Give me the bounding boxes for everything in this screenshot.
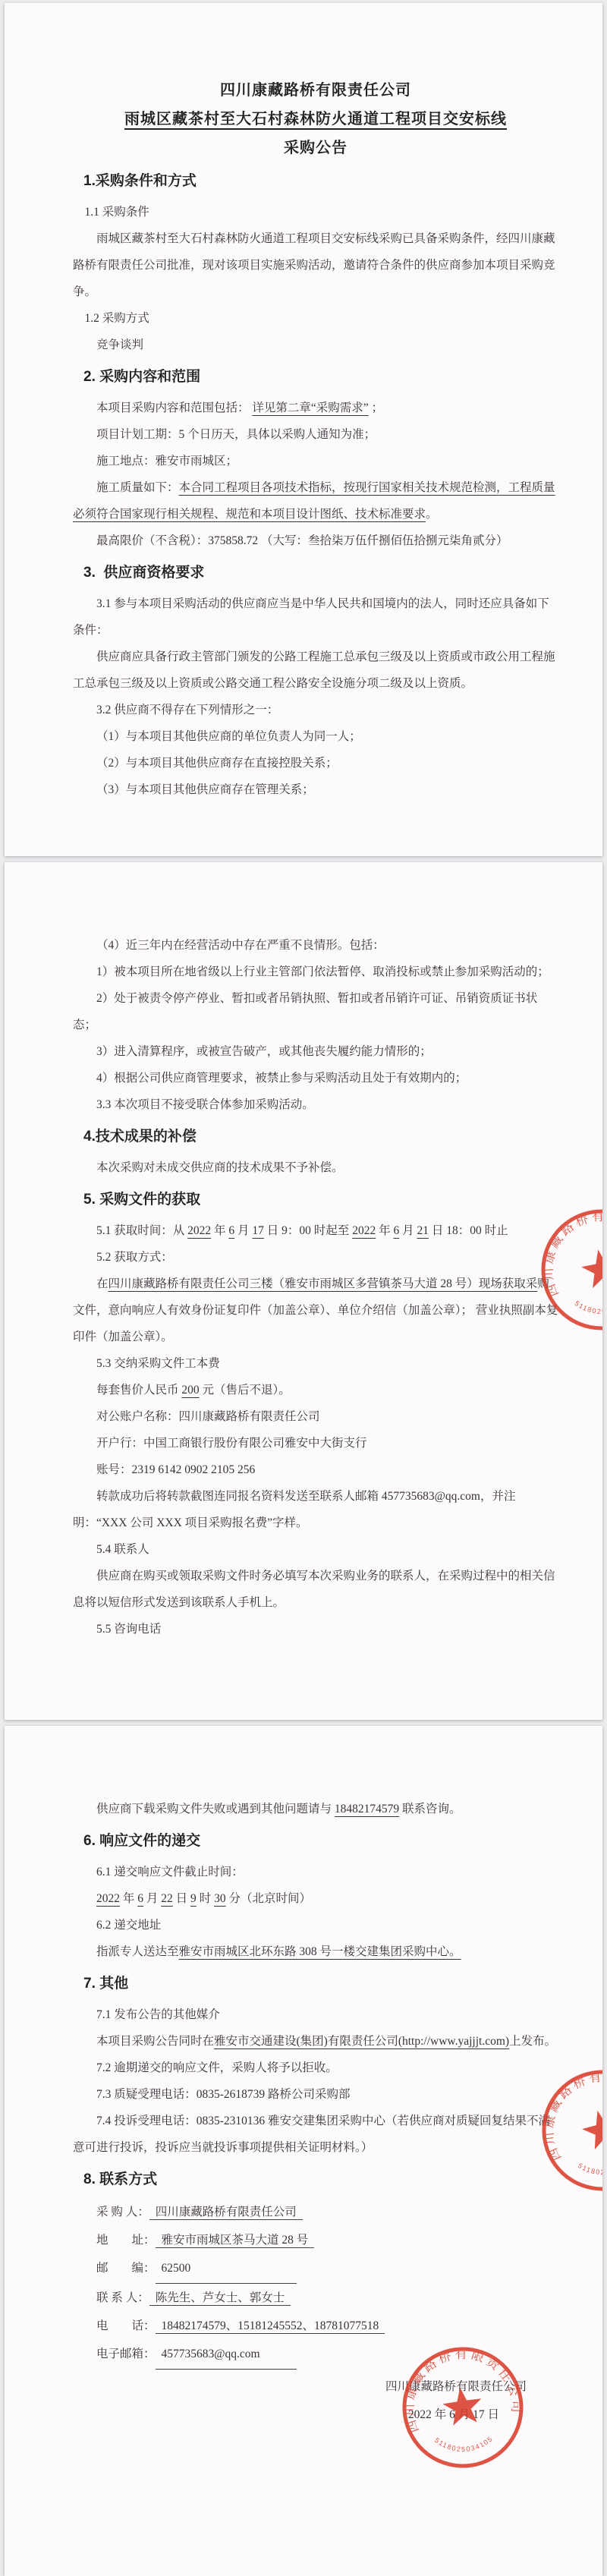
contact-row-address: 地 址：雅安市雨城区茶马大道 28 号 [96,2226,558,2254]
section-6-heading: 6. 响应文件的递交 [83,1825,558,1857]
page-1-content: 四川康藏路桥有限责任公司 雨城区藏茶村至大石村森林防火通道工程项目交安标线 采购… [5,3,602,803]
page-2-content: （4）近三年内在经营活动中存在严重不良情形。包括： 1）被本项目所在地省级以上行… [5,862,602,1642]
underlined-text: 四川康藏路桥有限责任公司三楼（雅安市雨城区多营镇茶马大道 28 号）现场获取采 [109,1277,538,1290]
list-item-3-2-4: （4）近三年内在经营活动中存在严重不良情形。包括： [73,932,558,959]
text-run: 日 18：00 时止 [429,1224,508,1237]
contact-label: 地 址： [96,2234,156,2247]
underlined-text: 2022 [96,1892,120,1905]
section-6-1-subheading: 6.1 递交响应文件截止时间： [73,1859,558,1885]
text-run: 指派专人送达至 [96,1945,179,1958]
section-1-heading: 1.采购条件和方式 [83,165,558,197]
contact-label: 电子邮箱： [96,2348,156,2360]
svg-text:5118025034105: 5118025034105 [432,2429,495,2458]
contact-label: 电 话： [96,2319,156,2332]
underlined-text: 200 [181,1384,199,1397]
section-5-5-subheading: 5.5 咨询电话 [73,1616,558,1642]
underlined-text: 雅安市雨城区北环东路 308 号一楼交建集团采购中心。 [179,1945,461,1958]
section-1-2-subheading: 1.2 采购方式 [73,305,558,332]
section-5-2-subheading: 5.2 获取方式： [73,1244,558,1271]
scanned-procurement-announcement: { "stamp": { "company": "四川康藏路桥有限责任公司", … [0,0,607,2576]
section-5-heading: 5. 采购文件的获取 [83,1183,558,1216]
underlined-text: 雅安市交通建设(集团)有限责任公司(http://www.yajjjt.com) [214,2035,509,2048]
text-run: 日 [173,1892,190,1905]
paragraph-quality: 施工质量如下：本合同工程项目各项技术指标，按现行国家相关技术规范检测，工程质量必… [73,474,558,527]
paragraph-3-1a: 3.1 参与本项目采购活动的供应商应当是中华人民共和国境内的法人，同时还应具备如… [73,590,558,644]
text-run: 5.1 获取时间：从 [96,1224,187,1237]
sub-item-1: 1）被本项目所在地省级以上行业主管部门依法暂停、取消投标或禁止参加采购活动的； [73,959,558,985]
stamp-serial-text: 5118025034105 [432,2429,495,2458]
paragraph-scope: 本项目采购内容和范围包括： 详见第二章“采购需求” ； [73,395,558,421]
text-run: 每套售价人民币 [96,1384,181,1397]
text-run: 月 [399,1224,417,1237]
text-run: 元（售后不退）。 [200,1384,291,1397]
text-run: 施工质量如下： [96,481,179,494]
underlined-text: 2022 [352,1224,376,1237]
underlined-text: 18482174579 [335,1803,399,1815]
paragraph-account-number: 账号：2319 6142 0902 2105 256 [73,1456,558,1483]
underlined-text: 6 [137,1892,143,1905]
text-run: 本项目采购公告同时在 [96,2035,214,2048]
title-project-line: 雨城区藏茶村至大石村森林防火通道工程项目交安标线 [73,105,558,134]
paragraph-6-1-deadline: 2022 年 6 月 22 日 9 时 30 分（北京时间） [73,1885,558,1912]
text-run: 月 [234,1224,252,1237]
text-run: ； [369,402,383,414]
section-8-heading: 8. 联系方式 [83,2163,558,2196]
section-2-heading: 2. 采购内容和范围 [83,361,558,393]
text-run: 上发布。 [509,2035,556,2048]
paragraph-7-3-inquiry-phone: 7.3 质疑受理电话：0835-2618739 路桥公司采购部 [73,2081,558,2108]
section-7-heading: 7. 其他 [83,1967,558,2000]
page-1: 四川康藏路桥有限责任公司 雨城区藏茶村至大石村森林防火通道工程项目交安标线 采购… [5,3,602,856]
text-run: 年 [376,1224,393,1237]
paragraph-5-3-fee: 每套售价人民币 200 元（售后不退）。 [73,1377,558,1403]
text-run: 本项目采购内容和范围包括： [96,402,252,414]
text-run: 年 [120,1892,137,1905]
list-item-3-2-2: （2）与本项目其他供应商存在直接控股关系； [73,750,558,776]
paragraph-5-5-phone: 供应商下载采购文件失败或遇到其他问题请与 18482174579 联系咨询。 [73,1796,558,1822]
underlined-text: 21 [417,1224,429,1237]
paragraph-location: 施工地点：雅安市雨城区； [73,448,558,474]
contact-value: 18482174579、15181245552、18781077518 [156,2319,385,2334]
title-company-line: 四川康藏路桥有限责任公司 [73,76,558,105]
signature-company: 四川康藏路桥有限责任公司 [385,2373,527,2401]
underlined-text: 22 [161,1892,173,1905]
paragraph-3-1b: 供应商应具备行政主管部门颁发的公路工程施工总承包三级及以上资质或市政公用工程施工… [73,644,558,697]
paragraph-price-ceiling: 最高限价（不含税）：375858.72 （大写：叁拾柒万伍仟捌佰伍拾捌元柒角贰分… [73,527,558,554]
paragraph-7-4-complaint-phone: 7.4 投诉受理电话：0835-2310136 雅安交建集团采购中心（若供应商对… [73,2108,558,2161]
text-run: 分（北京时间） [226,1892,311,1905]
underlined-text: 30 [214,1892,226,1905]
paragraph-5-1-time: 5.1 获取时间：从 2022 年 6 月 17 日 9：00 时起至 2022… [73,1217,558,1244]
text-run: 时 [197,1892,214,1905]
text-run: 日 9：00 时起至 [264,1224,352,1237]
page-3-content: 供应商下载采购文件失败或遇到其他问题请与 18482174579 联系咨询。 6… [5,1726,602,2370]
paragraph-5-4-contact: 供应商在购买或领取采购文件时务必填写本次采购业务的联系人，在采购过程中的相关信息… [73,1563,558,1616]
contact-row-email: 电子邮箱：457735683@qq.com [96,2340,558,2370]
list-item-3-2-1: （1）与本项目其他供应商的单位负责人为同一人； [73,723,558,750]
contact-label: 邮 编： [96,2262,156,2275]
contact-block: 采 购 人：四川康藏路桥有限责任公司 地 址：雅安市雨城区茶马大道 28 号 邮… [73,2198,558,2370]
paragraph-bank: 开户行：中国工商银行股份有限公司雅安中大街支行 [73,1430,558,1456]
section-6-2-subheading: 6.2 递交地址 [73,1912,558,1938]
text-run: 年 [211,1224,228,1237]
contact-row-purchaser: 采 购 人：四川康藏路桥有限责任公司 [96,2198,558,2226]
sub-item-3: 3）进入清算程序，或被宣告破产，或其他丧失履约能力情形的； [73,1038,558,1065]
paragraph-5-2-method: 在四川康藏路桥有限责任公司三楼（雅安市雨城区多营镇茶马大道 28 号）现场获取采… [73,1271,558,1350]
contact-row-contacts: 联 系 人：陈先生、芦女士、郭女士 [96,2284,558,2312]
paragraph-7-2: 7.2 逾期递交的响应文件，采购人将予以拒收。 [73,2055,558,2081]
contact-label: 联 系 人： [96,2291,149,2304]
section-4-heading: 4.技术成果的补偿 [83,1120,558,1153]
sub-item-2: 2）处于被责令停产停业、暂扣或者吊销执照、暂扣或者吊销许可证、吊销资质证书状态； [73,985,558,1038]
title-announcement-line: 采购公告 [73,134,558,162]
text-run: 联系咨询。 [399,1803,461,1815]
contact-row-postcode: 邮 编：62500 [96,2254,558,2284]
paragraph-account-name: 对公账户名称：四川康藏路桥有限责任公司 [73,1403,558,1430]
text-run: 。 [426,508,438,521]
paragraph-7-1-media: 本项目采购公告同时在雅安市交通建设(集团)有限责任公司(http://www.y… [73,2028,558,2055]
underlined-text: 9 [190,1892,197,1905]
paragraph-6-2-address: 指派专人送达至雅安市雨城区北环东路 308 号一楼交建集团采购中心。 [73,1938,558,1965]
paragraph-3-2: 3.2 供应商不得存在下列情形之一： [73,697,558,723]
paragraph-procurement-method: 竞争谈判 [73,332,558,358]
contact-label: 采 购 人： [96,2206,149,2219]
text-run: 供应商下载采购文件失败或遇到其他问题请与 [96,1803,335,1815]
document-title: 四川康藏路桥有限责任公司 雨城区藏茶村至大石村森林防火通道工程项目交安标线 采购… [73,76,558,162]
section-5-3-subheading: 5.3 交纳采购文件工本费 [73,1350,558,1377]
paragraph-duration: 项目计划工期：5 个日历天，具体以采购人通知为准； [73,421,558,448]
list-item-3-2-3: （3）与本项目其他供应商存在管理关系； [73,776,558,803]
text-run: 在 [96,1277,109,1290]
section-5-4-subheading: 5.4 联系人 [73,1536,558,1563]
paragraph-3-3: 3.3 本次项目不接受联合体参加采购活动。 [73,1091,558,1118]
contact-value: 457735683@qq.com [156,2340,297,2370]
contact-row-phone: 电 话：18482174579、15181245552、18781077518 [96,2312,558,2340]
section-1-1-subheading: 1.1 采购条件 [73,199,558,225]
signature-date: 2022 年 6 月 17 日 [408,2401,499,2429]
underlined-text: 6 [228,1224,234,1237]
contact-value: 陈先生、芦女士、郭女士 [149,2291,291,2306]
page-2: （4）近三年内在经营活动中存在严重不良情形。包括： 1）被本项目所在地省级以上行… [5,862,602,1720]
contact-value: 62500 [156,2254,297,2284]
underlined-text: 17 [252,1224,264,1237]
contact-value: 四川康藏路桥有限责任公司 [149,2206,303,2220]
section-3-heading: 3. 供应商资格要求 [83,556,558,589]
underlined-text: 详见第二章“采购需求” [252,402,368,414]
paragraph-transfer-note: 转款成功后将转款截图连同报名资料发送至联系人邮箱 457735683@qq.co… [73,1483,558,1536]
contact-value: 雅安市雨城区茶马大道 28 号 [156,2234,315,2248]
section-7-1-subheading: 7.1 发布公告的其他媒介 [73,2001,558,2028]
paragraph-4-1: 本次采购对未成交供应商的技术成果不予补偿。 [73,1154,558,1181]
paragraph-procurement-conditions: 雨城区藏茶村至大石村森林防火通道工程项目交安标线采购已具备采购条件，经四川康藏路… [73,225,558,305]
text-run: 月 [143,1892,161,1905]
sub-item-4: 4）根据公司供应商管理要求，被禁止参与采购活动且处于有效期内的； [73,1065,558,1091]
signature-block: 四川康藏路桥有限责任公司 2022 年 6 月 17 日 [385,2373,527,2429]
page-3: 供应商下载采购文件失败或遇到其他问题请与 18482174579 联系咨询。 6… [5,1726,602,2576]
underlined-text: 2022 [187,1224,211,1237]
